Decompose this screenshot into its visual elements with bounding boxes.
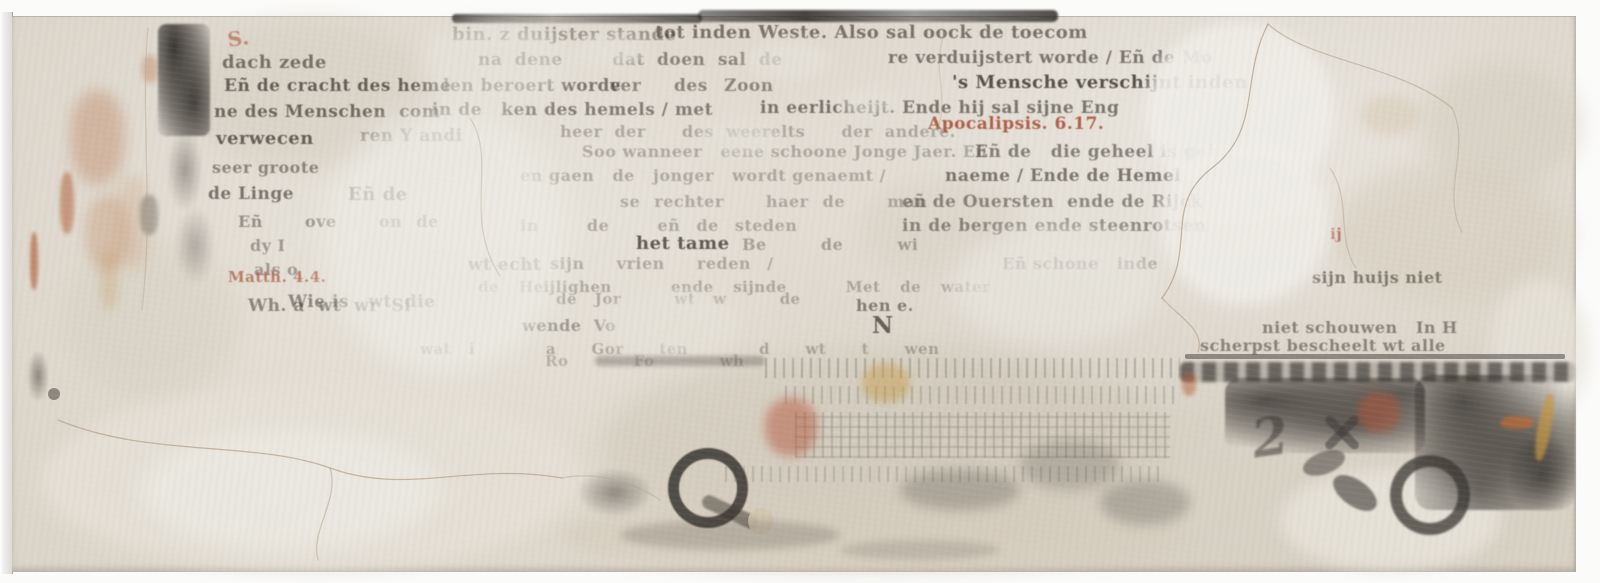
document-fragment-panel: S. dach zede Eñ de cracht des heme ne de… bbox=[12, 16, 1576, 572]
crack-lines bbox=[12, 16, 1576, 572]
photo-backdrop: S. dach zede Eñ de cracht des heme ne de… bbox=[0, 0, 1600, 583]
